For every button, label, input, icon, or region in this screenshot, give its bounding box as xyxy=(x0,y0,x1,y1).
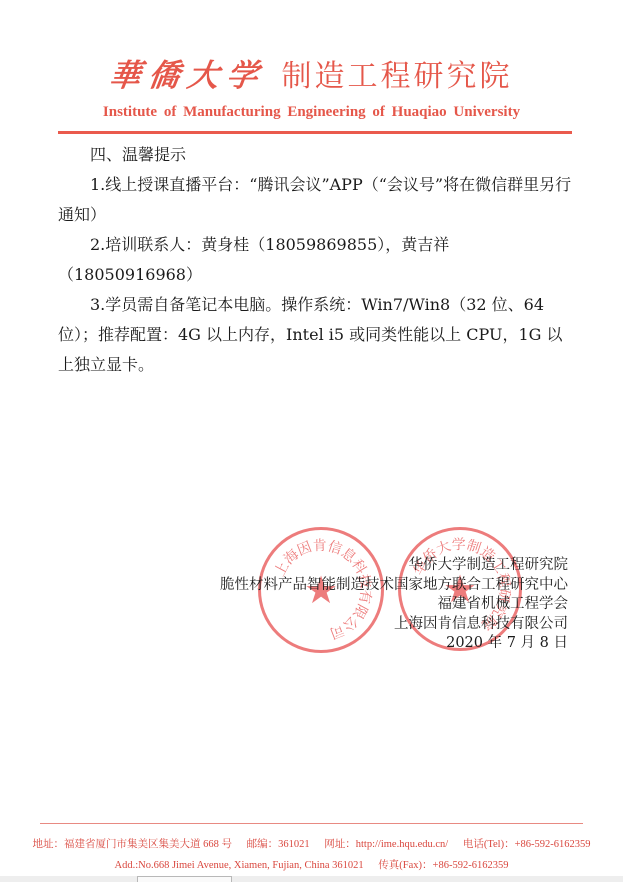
signature-date: 2020 年 7 月 8 日 xyxy=(220,634,568,654)
notice-item-1: 1.线上授课直播平台：“腾讯会议”APP（“会议号”将在微信群里另行通知） xyxy=(58,170,578,230)
footer-divider xyxy=(40,823,583,824)
viewer-page-tab[interactable] xyxy=(137,876,232,882)
notice-item-2: 2.培训联系人：黄身桂（18059869855），黄吉祥（18050916968… xyxy=(58,230,578,290)
signatory-org-1: 华侨大学制造工程研究院 xyxy=(220,556,568,576)
viewer-bottom-bar xyxy=(0,876,623,882)
footer-address: 地址：福建省厦门市集美区集美大道 668 号 xyxy=(33,839,233,850)
footer-postcode: 邮编：361021 xyxy=(247,839,310,850)
signatory-org-3: 福建省机械工程学会 xyxy=(220,595,568,615)
footer-address-en: Add.:No.668 Jimei Avenue, Xiamen, Fujian… xyxy=(115,860,364,871)
institute-name: 制造工程研究院 xyxy=(282,51,513,95)
footer-tel: 电话(Tel)：+86-592-6162359 xyxy=(463,839,591,850)
document-body: 四、温馨提示 1.线上授课直播平台：“腾讯会议”APP（“会议号”将在微信群里另… xyxy=(58,140,578,380)
signatory-org-2: 脆性材料产品智能制造技术国家地方联合工程研究中心 xyxy=(220,576,568,596)
footer-line-1: 地址：福建省厦门市集美区集美大道 668 号 邮编：361021 网址：http… xyxy=(0,836,623,851)
institute-english-name: Institute of Manufacturing Engineering o… xyxy=(0,104,623,121)
notice-item-3: 3.学员需自备笔记本电脑。操作系统：Win7/Win8（32 位、64 位）；推… xyxy=(58,290,578,380)
footer-fax: 传真(Fax)：+86-592-6162359 xyxy=(378,860,508,871)
signatory-org-4: 上海因肯信息科技有限公司 xyxy=(220,615,568,635)
signature-block: 华侨大学制造工程研究院 脆性材料产品智能制造技术国家地方联合工程研究中心 福建省… xyxy=(220,556,568,654)
section-heading: 四、温馨提示 xyxy=(58,140,578,170)
footer-line-2: Add.:No.668 Jimei Avenue, Xiamen, Fujian… xyxy=(0,857,623,872)
letterhead-title: 華僑大学 制造工程研究院 xyxy=(0,50,623,95)
university-calligraphy: 華僑大学 xyxy=(107,50,269,95)
document-page: 華僑大学 制造工程研究院 Institute of Manufacturing … xyxy=(0,0,623,882)
footer-website: 网址：http://ime.hqu.edu.cn/ xyxy=(324,839,448,850)
letterhead-divider xyxy=(58,131,572,134)
